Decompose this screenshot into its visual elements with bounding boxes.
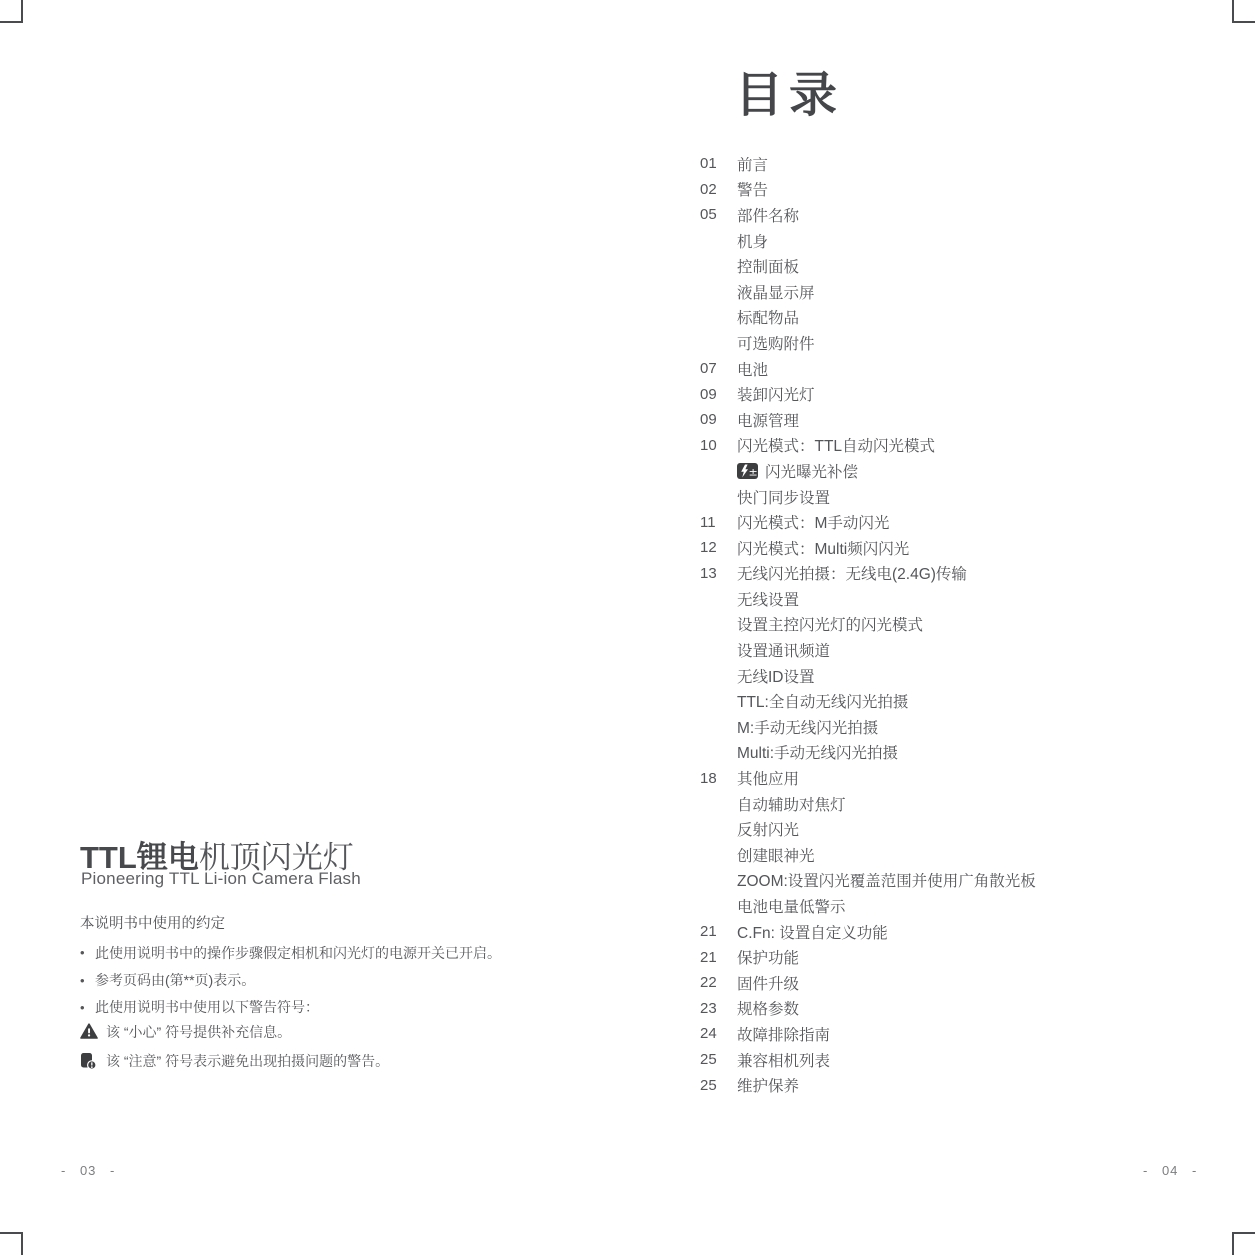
toc-entry-page-number: 02	[700, 181, 737, 198]
toc-entry-page-number: 21	[700, 949, 737, 966]
toc-entry: 09电源管理	[700, 407, 1200, 433]
warning-symbol-row: 该 “小心” 符号提供补充信息。	[80, 1017, 560, 1047]
toc-entry-label: Multi:手动无线闪光拍摄	[737, 741, 898, 763]
toc-entry-page-number: 13	[700, 565, 737, 582]
toc-entry-label: M:手动无线闪光拍摄	[737, 716, 878, 738]
toc-entry-label: 电源管理	[737, 409, 799, 431]
conventions-bullet: •参考页码由(第**页)表示。	[80, 966, 560, 993]
toc-entry-page-number: 18	[700, 770, 737, 787]
toc-entry-label: 故障排除指南	[737, 1023, 830, 1045]
toc-entry: 反射闪光	[700, 816, 1200, 842]
warning-symbol-text: 该 “注意” 符号表示避免出现拍摄问题的警告。	[106, 1051, 389, 1071]
toc-entry: 11闪光模式：M手动闪光	[700, 509, 1200, 535]
toc-entry-label: 无线闪光拍摄：无线电(2.4G)传输	[737, 562, 967, 584]
toc-entry-label: 机身	[737, 230, 768, 252]
caution-triangle-icon	[80, 1023, 106, 1040]
toc-entry-page-number: 21	[700, 923, 737, 940]
toc-entry-page-number: 07	[700, 360, 737, 377]
toc-entry-label: 快门同步设置	[737, 486, 830, 508]
warning-symbol-list: 该 “小心” 符号提供补充信息。该 “注意” 符号表示避免出现拍摄问题的警告。	[80, 1017, 560, 1076]
conventions-heading: 本说明书中使用的约定	[80, 912, 225, 933]
bullet-dot: •	[80, 973, 95, 988]
product-subtitle: Pioneering TTL Li-ion Camera Flash	[81, 869, 361, 889]
toc-entry: 液晶显示屏	[700, 279, 1200, 305]
toc-entry: 无线设置	[700, 586, 1200, 612]
toc-entry-label: 无线设置	[737, 588, 799, 610]
toc-entry: 01前言	[700, 151, 1200, 177]
toc-entry-label: 液晶显示屏	[737, 281, 815, 303]
toc-entry-label: 控制面板	[737, 255, 799, 277]
toc-entry: 21C.Fn: 设置自定义功能	[700, 919, 1200, 945]
toc-entry-page-number: 09	[700, 411, 737, 428]
toc-entry: 标配物品	[700, 305, 1200, 331]
page-number-left: - 03 -	[61, 1163, 115, 1178]
toc-entry-page-number: 22	[700, 974, 737, 991]
warning-symbol-row: 该 “注意” 符号表示避免出现拍摄问题的警告。	[80, 1047, 560, 1077]
toc-entry-page-number: 09	[700, 386, 737, 403]
toc-entry-label: 保护功能	[737, 946, 799, 968]
toc-entry: 25维护保养	[700, 1072, 1200, 1098]
toc-entry-page-number: 23	[700, 1000, 737, 1017]
conventions-bullet-text: 此使用说明书中使用以下警告符号：	[95, 997, 319, 1017]
svg-text:±: ±	[749, 465, 758, 478]
toc-entry-label: 闪光模式：Multi频闪闪光	[737, 537, 909, 559]
toc-entry-label: 电池电量低警示	[737, 895, 846, 917]
bullet-dot: •	[80, 945, 95, 960]
toc-entry: 自动辅助对焦灯	[700, 791, 1200, 817]
toc-entry-page-number: 25	[700, 1077, 737, 1094]
toc-entry: 09装卸闪光灯	[700, 381, 1200, 407]
toc-entry-label: 其他应用	[737, 767, 799, 789]
conventions-bullet: •此使用说明书中的操作步骤假定相机和闪光灯的电源开关已开启。	[80, 939, 560, 966]
toc-entry-label: 反射闪光	[737, 818, 799, 840]
toc-entry: 设置主控闪光灯的闪光模式	[700, 612, 1200, 638]
toc-entry: ZOOM:设置闪光覆盖范围并使用广角散光板	[700, 868, 1200, 894]
toc-entry: 05部件名称	[700, 202, 1200, 228]
toc-entry-label: ZOOM:设置闪光覆盖范围并使用广角散光板	[737, 869, 1036, 891]
toc-entry: 控制面板	[700, 253, 1200, 279]
toc-entry: 12闪光模式：Multi频闪闪光	[700, 535, 1200, 561]
toc-entry: 可选购附件	[700, 330, 1200, 356]
toc-entry-page-number: 24	[700, 1025, 737, 1042]
toc-entry-page-number: 01	[700, 155, 737, 172]
toc-entry-page-number: 12	[700, 539, 737, 556]
toc-entry-page-number: 10	[700, 437, 737, 454]
toc-entry: 快门同步设置	[700, 484, 1200, 510]
toc-entry-label: 闪光模式：TTL自动闪光模式	[737, 434, 935, 456]
toc-entry: 13无线闪光拍摄：无线电(2.4G)传输	[700, 561, 1200, 587]
conventions-bullet-text: 此使用说明书中的操作步骤假定相机和闪光灯的电源开关已开启。	[95, 943, 501, 963]
toc-entry: ±闪光曝光补偿	[700, 458, 1200, 484]
toc-entry: 设置通讯频道	[700, 637, 1200, 663]
toc-list: 01前言02警告05部件名称机身控制面板液晶显示屏标配物品可选购附件07电池09…	[700, 151, 1200, 1098]
toc-entry-label: 自动辅助对焦灯	[737, 793, 846, 815]
toc-entry-label: 设置主控闪光灯的闪光模式	[737, 613, 923, 635]
warning-symbol-text: 该 “小心” 符号提供补充信息。	[106, 1022, 291, 1042]
toc-title: 目录	[735, 56, 843, 125]
toc-entry: 21保护功能	[700, 944, 1200, 970]
toc-entry-label: 部件名称	[737, 204, 799, 226]
toc-entry: 22固件升级	[700, 970, 1200, 996]
flash-exposure-compensation-icon: ±	[737, 463, 758, 479]
toc-entry-label: 标配物品	[737, 306, 799, 328]
toc-entry: 10闪光模式：TTL自动闪光模式	[700, 433, 1200, 459]
toc-entry: 无线ID设置	[700, 663, 1200, 689]
toc-entry-label: 规格参数	[737, 997, 799, 1019]
toc-entry-page-number: 11	[700, 514, 737, 531]
toc-entry-label: 电池	[737, 358, 768, 380]
toc-entry: 创建眼神光	[700, 842, 1200, 868]
toc-entry-page-number: 05	[700, 206, 737, 223]
toc-entry-label: C.Fn: 设置自定义功能	[737, 921, 888, 943]
toc-entry: 18其他应用	[700, 765, 1200, 791]
crop-mark-bottom-left	[0, 1232, 23, 1255]
toc-entry-label: 警告	[737, 178, 768, 200]
toc-entry: 24故障排除指南	[700, 1021, 1200, 1047]
toc-entry-label: 前言	[737, 153, 768, 175]
crop-mark-bottom-right	[1232, 1232, 1255, 1255]
bullet-dot: •	[80, 1000, 95, 1015]
toc-entry-label: 闪光模式：M手动闪光	[737, 511, 889, 533]
toc-entry: 机身	[700, 228, 1200, 254]
conventions-bullet-list: •此使用说明书中的操作步骤假定相机和闪光灯的电源开关已开启。•参考页码由(第**…	[80, 939, 560, 1021]
toc-entry-label: 创建眼神光	[737, 844, 815, 866]
toc-entry-label: 固件升级	[737, 972, 799, 994]
toc-entry: Multi:手动无线闪光拍摄	[700, 740, 1200, 766]
toc-entry-page-number: 25	[700, 1051, 737, 1068]
toc-entry: TTL:全自动无线闪光拍摄	[700, 688, 1200, 714]
toc-entry-label: 无线ID设置	[737, 665, 815, 687]
toc-entry: 07电池	[700, 356, 1200, 382]
notice-icon	[80, 1052, 106, 1070]
toc-entry: 23规格参数	[700, 996, 1200, 1022]
toc-entry-label: 装卸闪光灯	[737, 383, 815, 405]
toc-entry: 02警告	[700, 177, 1200, 203]
conventions-bullet-text: 参考页码由(第**页)表示。	[95, 970, 255, 990]
toc-entry-label: TTL:全自动无线闪光拍摄	[737, 690, 908, 712]
toc-entry: M:手动无线闪光拍摄	[700, 714, 1200, 740]
crop-mark-top-right	[1232, 0, 1255, 23]
toc-entry-label: 可选购附件	[737, 332, 815, 354]
toc-entry: 电池电量低警示	[700, 893, 1200, 919]
toc-entry-label: 闪光曝光补偿	[765, 460, 858, 482]
toc-entry-label: 维护保养	[737, 1074, 799, 1096]
toc-entry-label: 兼容相机列表	[737, 1049, 830, 1071]
page-number-right: - 04 -	[1143, 1163, 1197, 1178]
toc-entry: 25兼容相机列表	[700, 1047, 1200, 1073]
crop-mark-top-left	[0, 0, 23, 23]
toc-entry-label: 设置通讯频道	[737, 639, 830, 661]
